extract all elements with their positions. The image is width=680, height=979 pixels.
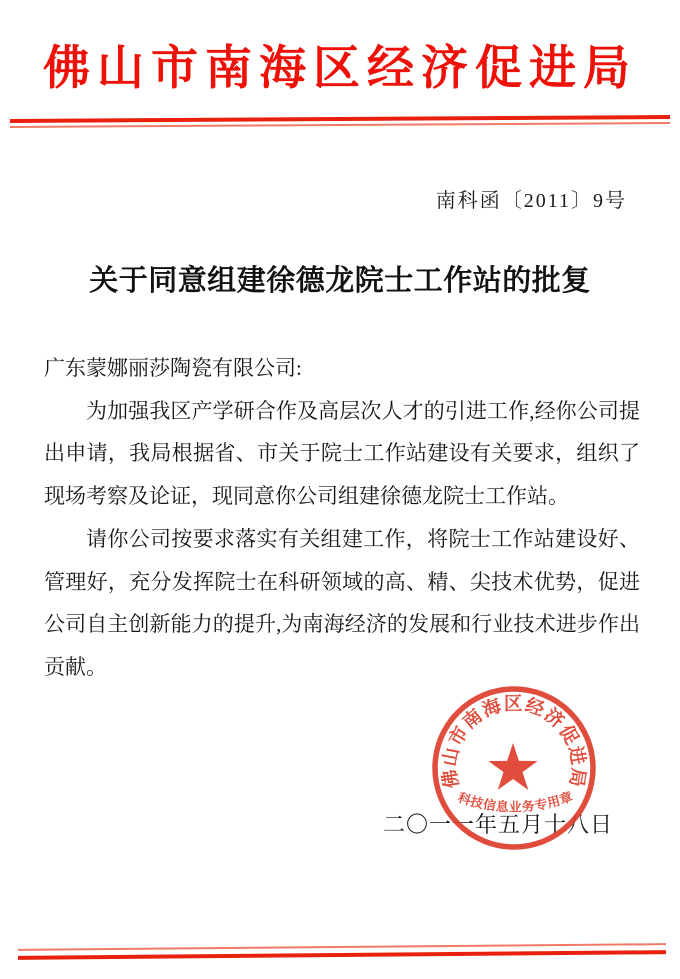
document-body: 广东蒙娜丽莎陶瓷有限公司: 为加强我区产学研合作及高层次人才的引进工作,经你公司… [44,347,640,689]
document-date: 二〇一一年五月十八日 [383,808,613,839]
document-number: 南科函〔2011〕9号 [436,184,627,213]
header-divider-thin [10,122,670,128]
body-paragraph-1: 为加强我区产学研合作及高层次人才的引进工作,经你公司提出申请，我局根据省、市关于… [44,390,640,518]
footer-divider-thin [18,943,666,951]
official-document-page: 佛山市南海区经济促进局 南科函〔2011〕9号 关于同意组建徐德龙院士工作站的批… [0,0,680,979]
document-title: 关于同意组建徐德龙院士工作站的批复 [0,258,680,299]
letterhead-agency-name: 佛山市南海区经济促进局 [0,36,680,102]
red-star-icon [488,743,537,790]
salutation-line: 广东蒙娜丽莎陶瓷有限公司: [44,347,640,390]
footer-divider-thick [18,950,666,960]
seal-ring-text: 佛山市南海区经济促进局 [438,694,589,791]
body-paragraph-2: 请你公司按要求落实有关组建工作，将院士工作站建设好、管理好，充分发挥院士在科研领… [44,518,640,689]
